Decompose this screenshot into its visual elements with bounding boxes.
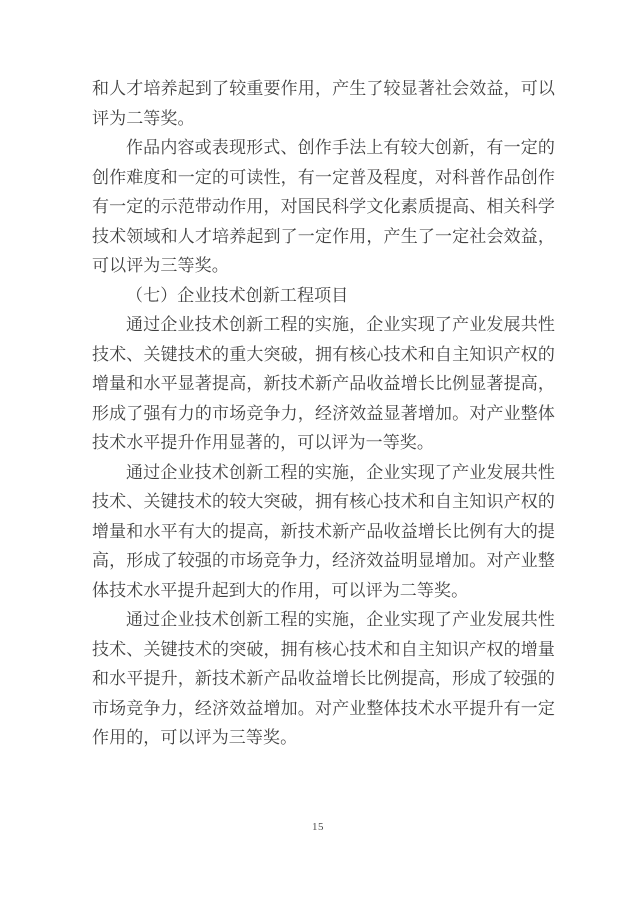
paragraph: 通过企业技术创新工程的实施，企业实现了产业发展共性技术、关键技术的较大突破，拥有… (92, 458, 555, 606)
page-number: 15 (0, 821, 636, 833)
document-body: 和人才培养起到了较重要作用，产生了较显著社会效益，可以评为二等奖。 作品内容或表… (92, 74, 555, 753)
document-page: 和人才培养起到了较重要作用，产生了较显著社会效益，可以评为二等奖。 作品内容或表… (0, 0, 636, 900)
paragraph: 作品内容或表现形式、创作手法上有较大创新，有一定的创作难度和一定的可读性，有一定… (92, 133, 555, 281)
section-heading: （七）企业技术创新工程项目 (92, 281, 555, 311)
paragraph: 通过企业技术创新工程的实施，企业实现了产业发展共性技术、关键技术的突破，拥有核心… (92, 605, 555, 753)
paragraph-continuation: 和人才培养起到了较重要作用，产生了较显著社会效益，可以评为二等奖。 (92, 74, 555, 133)
paragraph: 通过企业技术创新工程的实施，企业实现了产业发展共性技术、关键技术的重大突破，拥有… (92, 310, 555, 458)
